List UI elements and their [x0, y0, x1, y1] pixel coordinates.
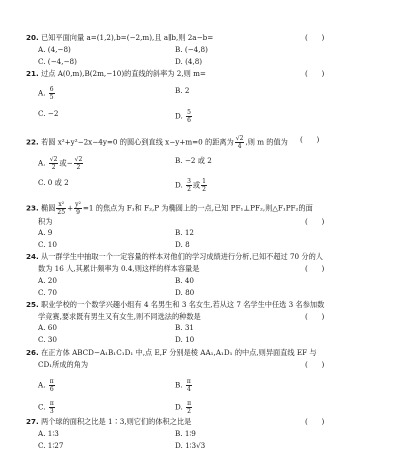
option-c: C. 1∶27 — [38, 441, 63, 451]
question-stem-line2: 学竞赛,要求既有男生又有女生,则不同选法的种数是 — [38, 312, 201, 322]
question-20: 20. 已知平面向量 a=(1,2),b=(−2,m),且 a∥b,则 2a−b… — [26, 33, 326, 43]
option-b: B. 31 — [175, 323, 194, 333]
option-a: A. 1∶3 — [38, 429, 59, 439]
answer-blank: ( ) — [300, 135, 319, 144]
option-label: D. — [175, 403, 183, 412]
question-stem-end: =1 的焦点为 F₁和 F₂,P 为椭圆上的一点,已知 PF₁⊥PF₂,则△F₁… — [83, 204, 313, 213]
numerator: 3 — [186, 178, 192, 186]
numerator: 1 — [201, 178, 207, 186]
question-21: 21. 过点 A(0,m),B(2m,−10)的直线的斜率为 2,则 m= — [26, 69, 326, 79]
fraction: 32 — [186, 178, 192, 193]
numerator: x² — [56, 201, 66, 209]
option-label: C. — [38, 403, 46, 412]
fraction: √22 — [74, 156, 84, 171]
fraction: π4 — [186, 378, 192, 393]
option-b: B. 12 — [175, 228, 194, 238]
option-label: A. — [38, 159, 45, 168]
or-text: 或 — [193, 181, 200, 190]
option-c: C. 70 — [38, 288, 57, 298]
option-c: C. 0 或 2 — [38, 178, 69, 188]
question-number: 22. — [26, 138, 39, 147]
question-stem: 职业学校的一个数学兴趣小组有 4 名男生和 3 名女生,若从这 7 名学生中任选… — [41, 300, 324, 309]
question-stem-line2: CD₁所成的角为 — [38, 360, 88, 370]
denominator: 9 — [74, 209, 82, 216]
option-label: D. — [175, 112, 183, 121]
option-a: A. 9 — [38, 228, 52, 238]
denominator: 2 — [186, 408, 192, 415]
option-label: B. — [175, 381, 183, 390]
denominator: 25 — [56, 209, 66, 216]
question-22: 22. 若圆 x²+y²−2x−4y=0 的圆心到直线 x−y+m=0 的距离为… — [26, 135, 316, 150]
option-c: C. π3 — [38, 400, 56, 415]
option-a: A. 65 — [38, 86, 56, 101]
question-number: 23. — [26, 204, 39, 213]
question-stem: 从一群学生中抽取一个一定容量的样本对他们的学习成绩进行分析,已知不超过 70 分… — [41, 252, 323, 261]
question-number: 24. — [26, 252, 39, 261]
answer-blank: ( ) — [305, 217, 324, 226]
question-stem: 已知平面向量 a=(1,2),b=(−2,m),且 a∥b,则 2a−b= — [41, 33, 213, 42]
option-d: D. 80 — [175, 288, 194, 298]
option-d: D. 10 — [175, 335, 194, 345]
option-c: C. 30 — [38, 335, 57, 345]
denominator: 6 — [49, 386, 55, 393]
numerator: 6 — [49, 86, 55, 94]
fraction: π2 — [186, 400, 192, 415]
denominator: 2 — [74, 164, 84, 171]
or-text: 或− — [59, 159, 72, 168]
fraction: √24 — [235, 135, 245, 150]
option-c: C. −2 — [38, 109, 58, 119]
fraction: y²9 — [74, 201, 82, 216]
option-label: A. — [38, 381, 45, 390]
question-stem-line2: 数为 16 人,其累计频率为 0.4,则这样的样本容量是 — [38, 264, 199, 274]
option-a: A. √22或−√22 — [38, 156, 84, 171]
numerator: π — [186, 400, 192, 408]
numerator: 5 — [186, 109, 192, 117]
option-b: B. −2 或 2 — [175, 156, 212, 166]
option-c: C. (−4,−8) — [38, 57, 77, 67]
denominator: 2 — [201, 186, 207, 193]
question-stem: 若圆 x²+y²−2x−4y=0 的圆心到直线 x−y+m=0 的距离为 — [41, 138, 234, 147]
fraction: π6 — [49, 378, 55, 393]
question-number: 25. — [26, 300, 39, 309]
numerator: π — [49, 378, 55, 386]
answer-blank: ( ) — [305, 264, 324, 273]
plus-sign: + — [67, 204, 73, 213]
option-b: B. 40 — [175, 276, 194, 286]
answer-blank: ( ) — [305, 69, 324, 78]
answer-blank: ( ) — [305, 417, 324, 426]
question-number: 26. — [26, 348, 39, 357]
option-a: A. 20 — [38, 276, 57, 286]
denominator: 2 — [49, 164, 59, 171]
answer-blank: ( ) — [305, 33, 324, 42]
question-23: 23. 椭圆x²25+y²9=1 的焦点为 F₁和 F₂,P 为椭圆上的一点,已… — [26, 201, 336, 216]
denominator: 2 — [186, 186, 192, 193]
question-27: 27. 两个球的面积之比是 1∶3,则它们的体积之比是 — [26, 417, 326, 427]
exam-page: 20. 已知平面向量 a=(1,2),b=(−2,m),且 a∥b,则 2a−b… — [0, 0, 400, 452]
numerator: y² — [74, 201, 82, 209]
fraction: x²25 — [56, 201, 66, 216]
denominator: 4 — [186, 386, 192, 393]
numerator: π — [186, 378, 192, 386]
question-stem-line2: 积为 — [38, 217, 52, 227]
option-b: B. π4 — [175, 378, 193, 393]
question-stem-end: ,则 m 的值为 — [245, 138, 287, 147]
answer-blank: ( ) — [305, 360, 324, 369]
fraction: 12 — [201, 178, 207, 193]
question-26: 26. 在正方体 ABCD−A₁B₁C₁D₁ 中,点 E,F 分别是棱 AA₁,… — [26, 348, 336, 358]
option-label: A. — [38, 89, 45, 98]
denominator: 4 — [235, 143, 245, 150]
option-c: C. 10 — [38, 240, 57, 250]
fraction: √22 — [49, 156, 59, 171]
option-d: D. 32或12 — [175, 178, 208, 193]
option-b: B. (−4,8) — [175, 45, 208, 55]
option-b: B. 2 — [175, 86, 189, 96]
question-number: 21. — [26, 69, 39, 78]
question-number: 27. — [26, 417, 39, 426]
option-a: A. π6 — [38, 378, 56, 393]
numerator: π — [49, 400, 55, 408]
denominator: 3 — [49, 408, 55, 415]
option-d: D. (4,8) — [175, 57, 202, 67]
numerator: √2 — [49, 156, 59, 164]
question-stem: 椭圆 — [41, 204, 55, 213]
numerator: √2 — [235, 135, 245, 143]
option-d: D. 8 — [175, 240, 190, 250]
question-25: 25. 职业学校的一个数学兴趣小组有 4 名男生和 3 名女生,若从这 7 名学… — [26, 300, 336, 310]
fraction: 65 — [49, 86, 55, 101]
question-stem: 在正方体 ABCD−A₁B₁C₁D₁ 中,点 E,F 分别是棱 AA₁,A₁D₁… — [41, 348, 317, 357]
question-stem: 两个球的面积之比是 1∶3,则它们的体积之比是 — [41, 417, 191, 426]
option-a: A. (4,−8) — [38, 45, 71, 55]
question-number: 20. — [26, 33, 39, 42]
option-d: D. 56 — [175, 109, 193, 124]
denominator: 6 — [186, 117, 192, 124]
option-d: D. 1∶3√3 — [175, 441, 205, 451]
option-a: A. 60 — [38, 323, 57, 333]
answer-blank: ( ) — [305, 312, 324, 321]
fraction: π3 — [49, 400, 55, 415]
numerator: √2 — [74, 156, 84, 164]
option-d: D. π2 — [175, 400, 193, 415]
denominator: 5 — [49, 94, 55, 101]
option-label: D. — [175, 181, 183, 190]
fraction: 56 — [186, 109, 192, 124]
question-24: 24. 从一群学生中抽取一个一定容量的样本对他们的学习成绩进行分析,已知不超过 … — [26, 252, 336, 262]
option-b: B. 1∶9 — [175, 429, 196, 439]
question-stem: 过点 A(0,m),B(2m,−10)的直线的斜率为 2,则 m= — [41, 69, 206, 78]
